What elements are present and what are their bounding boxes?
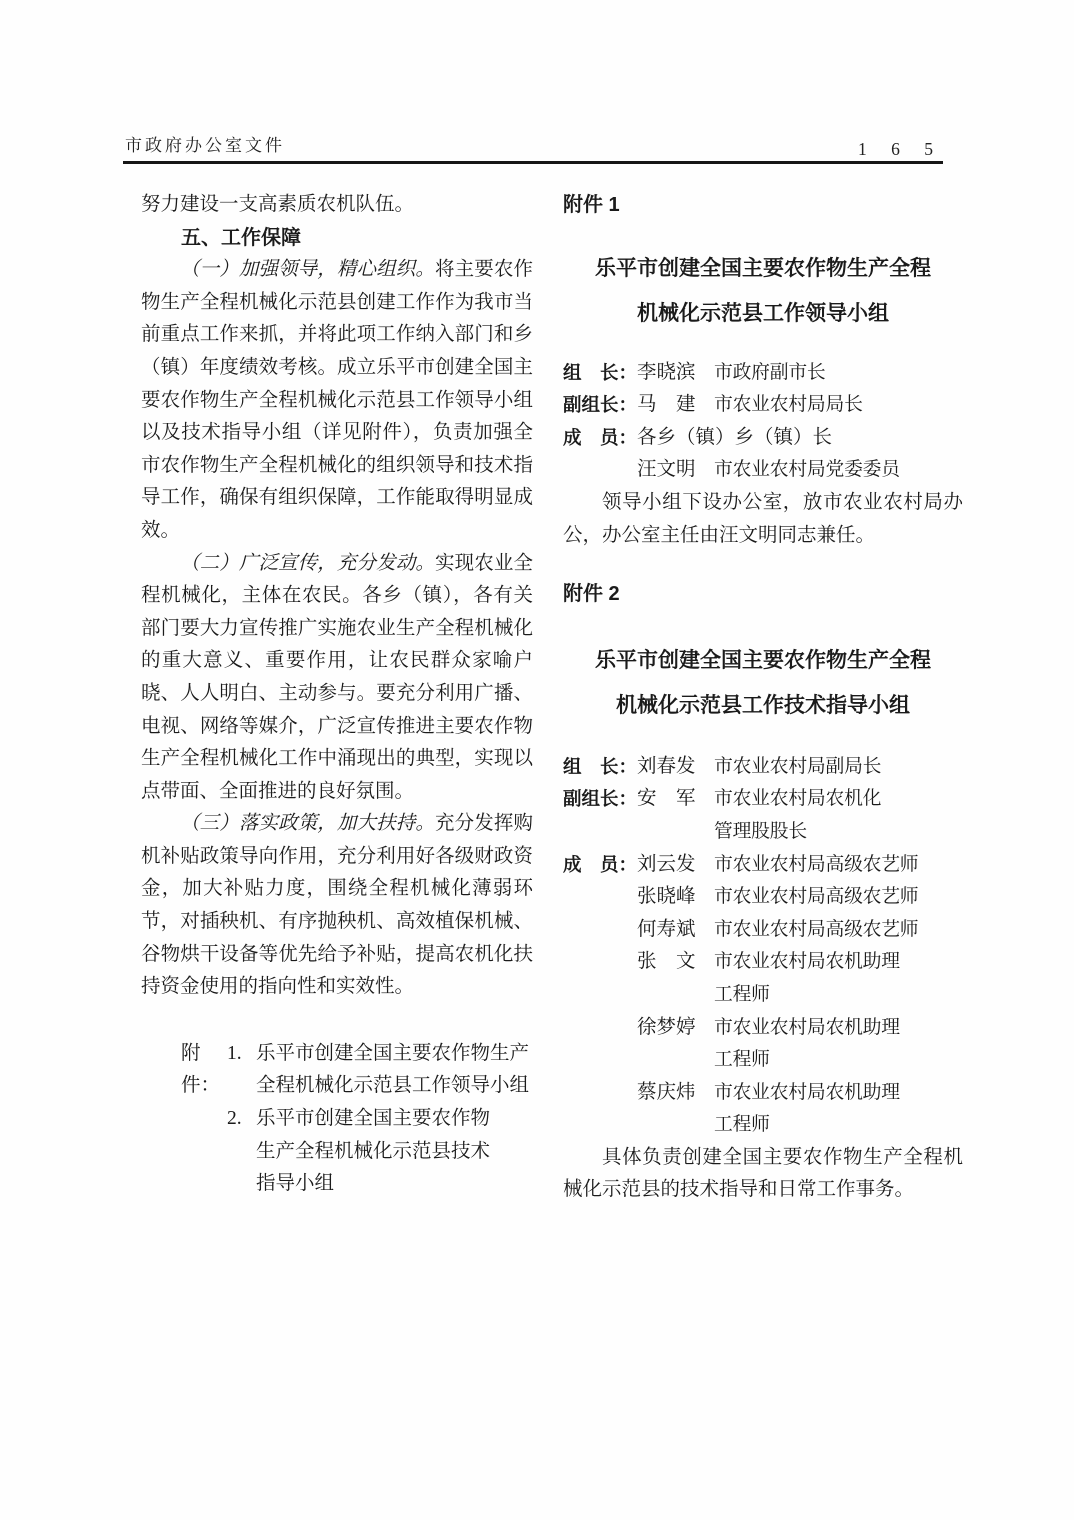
roster-row: 组 长： 刘春发 市农业农村局副局长 — [563, 751, 963, 784]
roster-name: 张晓峰 — [637, 881, 714, 914]
roster-row: 副组长： 马 建 市农业农村局局长 — [563, 389, 963, 422]
page-number: 1 6 5 — [858, 139, 943, 160]
roster-title-line-2: 工程师 — [714, 1044, 963, 1077]
attachment-item-2-number: 2. — [227, 1103, 256, 1136]
roster-title: 市农业农村局党委委员 — [714, 454, 963, 487]
roster-name: 安 军 — [637, 783, 714, 816]
attachment-item-2-text: 乐平市创建全国主要农作物 生产全程机械化示范县技术 指导小组 — [256, 1103, 533, 1201]
paragraph-2: （二）广泛宣传，充分发动。实现农业全程机械化，主体在农民。各乡（镇），各有关部门… — [141, 548, 533, 809]
attachment-2-title-line-2: 机械化示范县工作技术指导小组 — [563, 683, 963, 728]
attachment-item-2-line-2: 生产全程机械化示范县技术 — [256, 1136, 533, 1169]
roster-name: 刘云发 — [637, 849, 714, 882]
roster-row: 副组长： 安 军 市农业农村局农机化 管理股股长 — [563, 783, 963, 848]
roster-row: 汪文明 市农业农村局党委委员 — [563, 454, 963, 487]
roster-name: 刘春发 — [637, 751, 714, 784]
roster-name: 张 文 — [637, 946, 714, 979]
attachment-2-title-line-1: 乐平市创建全国主要农作物生产全程 — [563, 638, 963, 683]
attachment-2-duty-note: 具体负责创建全国主要农作物生产全程机械化示范县的技术指导和日常工作事务。 — [563, 1142, 963, 1207]
roster-title: 市农业农村局高级农艺师 — [714, 849, 963, 882]
paragraph-2-lead: （二）广泛宣传，充分发动。 — [180, 553, 435, 574]
roster-row: 成 员： 刘云发 市农业农村局高级农艺师 — [563, 849, 963, 882]
attachment-item-2-line-3: 指导小组 — [256, 1168, 533, 1201]
roster-name: 徐梦婷 — [637, 1012, 714, 1045]
attachment-1-office-note: 领导小组下设办公室，放市农业农村局办公，办公室主任由汪文明同志兼任。 — [563, 487, 963, 552]
attachment-item-2: 2. 乐平市创建全国主要农作物 生产全程机械化示范县技术 指导小组 — [141, 1103, 533, 1201]
roster-title: 市农业农村局副局长 — [714, 751, 963, 784]
right-column: 附件 1 乐平市创建全国主要农作物生产全程 机械化示范县工作领导小组 组 长： … — [563, 189, 963, 1207]
roster-title: 市农业农村局农机化 管理股股长 — [714, 783, 963, 848]
roster-row: 成 员： 各乡（镇）乡（镇）长 — [563, 422, 963, 455]
roster-title: 市农业农村局农机助理 工程师 — [714, 1077, 963, 1142]
attachment-1-roster: 组 长： 李晓滨 市政府副市长 副组长： 马 建 市农业农村局局长 成 员： 各… — [563, 357, 963, 487]
roster-title-line-2: 工程师 — [714, 1109, 963, 1142]
attachment-item-1-line-2: 全程机械化示范县工作领导小组 — [256, 1070, 533, 1103]
paragraph-1: （一）加强领导，精心组织。将主要农作物生产全程机械化示范县创建工作作为我市当前重… — [141, 254, 533, 547]
roster-row: 张 文 市农业农村局农机助理 工程师 — [563, 946, 963, 1011]
roster-row: 张晓峰 市农业农村局高级农艺师 — [563, 881, 963, 914]
paragraph-3-lead: （三）落实政策，加大扶持。 — [180, 813, 435, 834]
intro-line: 努力建设一支高素质农机队伍。 — [141, 189, 533, 222]
roster-name: 何寿斌 — [637, 914, 714, 947]
roster-role: 成 员： — [563, 849, 637, 882]
paragraph-3: （三）落实政策，加大扶持。充分发挥购机补贴政策导向作用，充分利用好各级财政资金，… — [141, 808, 533, 1004]
roster-title: 市农业农村局农机助理 工程师 — [714, 1012, 963, 1077]
attachment-1-section: 附件 1 乐平市创建全国主要农作物生产全程 机械化示范县工作领导小组 组 长： … — [563, 189, 963, 552]
attachment-item-1-line-1: 乐平市创建全国主要农作物生产 — [256, 1038, 533, 1071]
roster-role: 组 长： — [563, 751, 637, 784]
attachment-item-1-number: 1. — [227, 1038, 256, 1071]
roster-name: 汪文明 — [637, 454, 714, 487]
roster-title-line-1: 市农业农村局农机助理 — [714, 1012, 963, 1045]
attachment-item-2-line-1: 乐平市创建全国主要农作物 — [256, 1103, 533, 1136]
attachment-1-title-line-1: 乐平市创建全国主要农作物生产全程 — [563, 246, 963, 291]
roster-title: 市农业农村局高级农艺师 — [714, 914, 963, 947]
attachment-1-title: 乐平市创建全国主要农作物生产全程 机械化示范县工作领导小组 — [563, 246, 963, 336]
paragraph-1-lead: （一）加强领导，精心组织。 — [180, 259, 435, 280]
roster-title-line-1: 市农业农村局农机助理 — [714, 1077, 963, 1110]
roster-row: 何寿斌 市农业农村局高级农艺师 — [563, 914, 963, 947]
section-heading: 五、工作保障 — [141, 222, 533, 255]
roster-role: 副组长： — [563, 389, 637, 422]
roster-title-line-1: 市农业农村局农机化 — [714, 783, 963, 816]
document-page: 市政府办公室文件 1 6 5 努力建设一支高素质农机队伍。 五、工作保障 （一）… — [0, 0, 1074, 1520]
paragraph-2-text: 实现农业全程机械化，主体在农民。各乡（镇），各有关部门要大力宣传推广实施农业生产… — [141, 553, 533, 802]
roster-title: 市政府副市长 — [714, 357, 963, 390]
roster-title-line-2: 工程师 — [714, 979, 963, 1012]
roster-title: 市农业农村局局长 — [714, 389, 963, 422]
roster-role: 副组长： — [563, 783, 637, 816]
attachment-item-1-text: 乐平市创建全国主要农作物生产 全程机械化示范县工作领导小组 — [256, 1038, 533, 1103]
paragraph-3-text: 充分发挥购机补贴政策导向作用，充分利用好各级财政资金，加大补贴力度，围绕全程机械… — [141, 813, 533, 997]
roster-title-line-1: 市农业农村局农机助理 — [714, 946, 963, 979]
left-column: 努力建设一支高素质农机队伍。 五、工作保障 （一）加强领导，精心组织。将主要农作… — [141, 189, 533, 1201]
attachment-1-title-line-2: 机械化示范县工作领导小组 — [563, 291, 963, 336]
roster-title: 市农业农村局农机助理 工程师 — [714, 946, 963, 1011]
roster-title-line-2: 管理股股长 — [714, 816, 963, 849]
roster-title: 市农业农村局高级农艺师 — [714, 881, 963, 914]
attachment-2-roster: 组 长： 刘春发 市农业农村局副局长 副组长： 安 军 市农业农村局农机化 管理… — [563, 751, 963, 1142]
roster-name: 李晓滨 — [637, 357, 714, 390]
roster-name: 马 建 — [637, 389, 714, 422]
attachment-1-label: 附件 1 — [563, 189, 963, 222]
roster-row: 组 长： 李晓滨 市政府副市长 — [563, 357, 963, 390]
attachment-2-title: 乐平市创建全国主要农作物生产全程 机械化示范县工作技术指导小组 — [563, 638, 963, 728]
roster-name: 各乡（镇）乡（镇）长 — [637, 422, 832, 455]
paragraph-1-text: 将主要农作物生产全程机械化示范县创建工作作为我市当前重点工作来抓，并将此项工作纳… — [141, 259, 533, 541]
roster-row: 徐梦婷 市农业农村局农机助理 工程师 — [563, 1012, 963, 1077]
attachment-list: 附件： 1. 乐平市创建全国主要农作物生产 全程机械化示范县工作领导小组 2. … — [141, 1038, 533, 1201]
roster-role: 组 长： — [563, 357, 637, 390]
roster-name: 蔡庆炜 — [637, 1077, 714, 1110]
roster-role: 成 员： — [563, 422, 637, 455]
attachment-item-1: 附件： 1. 乐平市创建全国主要农作物生产 全程机械化示范县工作领导小组 — [141, 1038, 533, 1103]
attachment-2-section: 附件 2 乐平市创建全国主要农作物生产全程 机械化示范县工作技术指导小组 组 长… — [563, 578, 963, 1207]
attachment-list-label: 附件： — [181, 1038, 227, 1103]
header-doc-label: 市政府办公室文件 — [125, 131, 285, 156]
attachment-2-label: 附件 2 — [563, 578, 963, 611]
header-rule — [123, 161, 943, 164]
roster-row: 蔡庆炜 市农业农村局农机助理 工程师 — [563, 1077, 963, 1142]
